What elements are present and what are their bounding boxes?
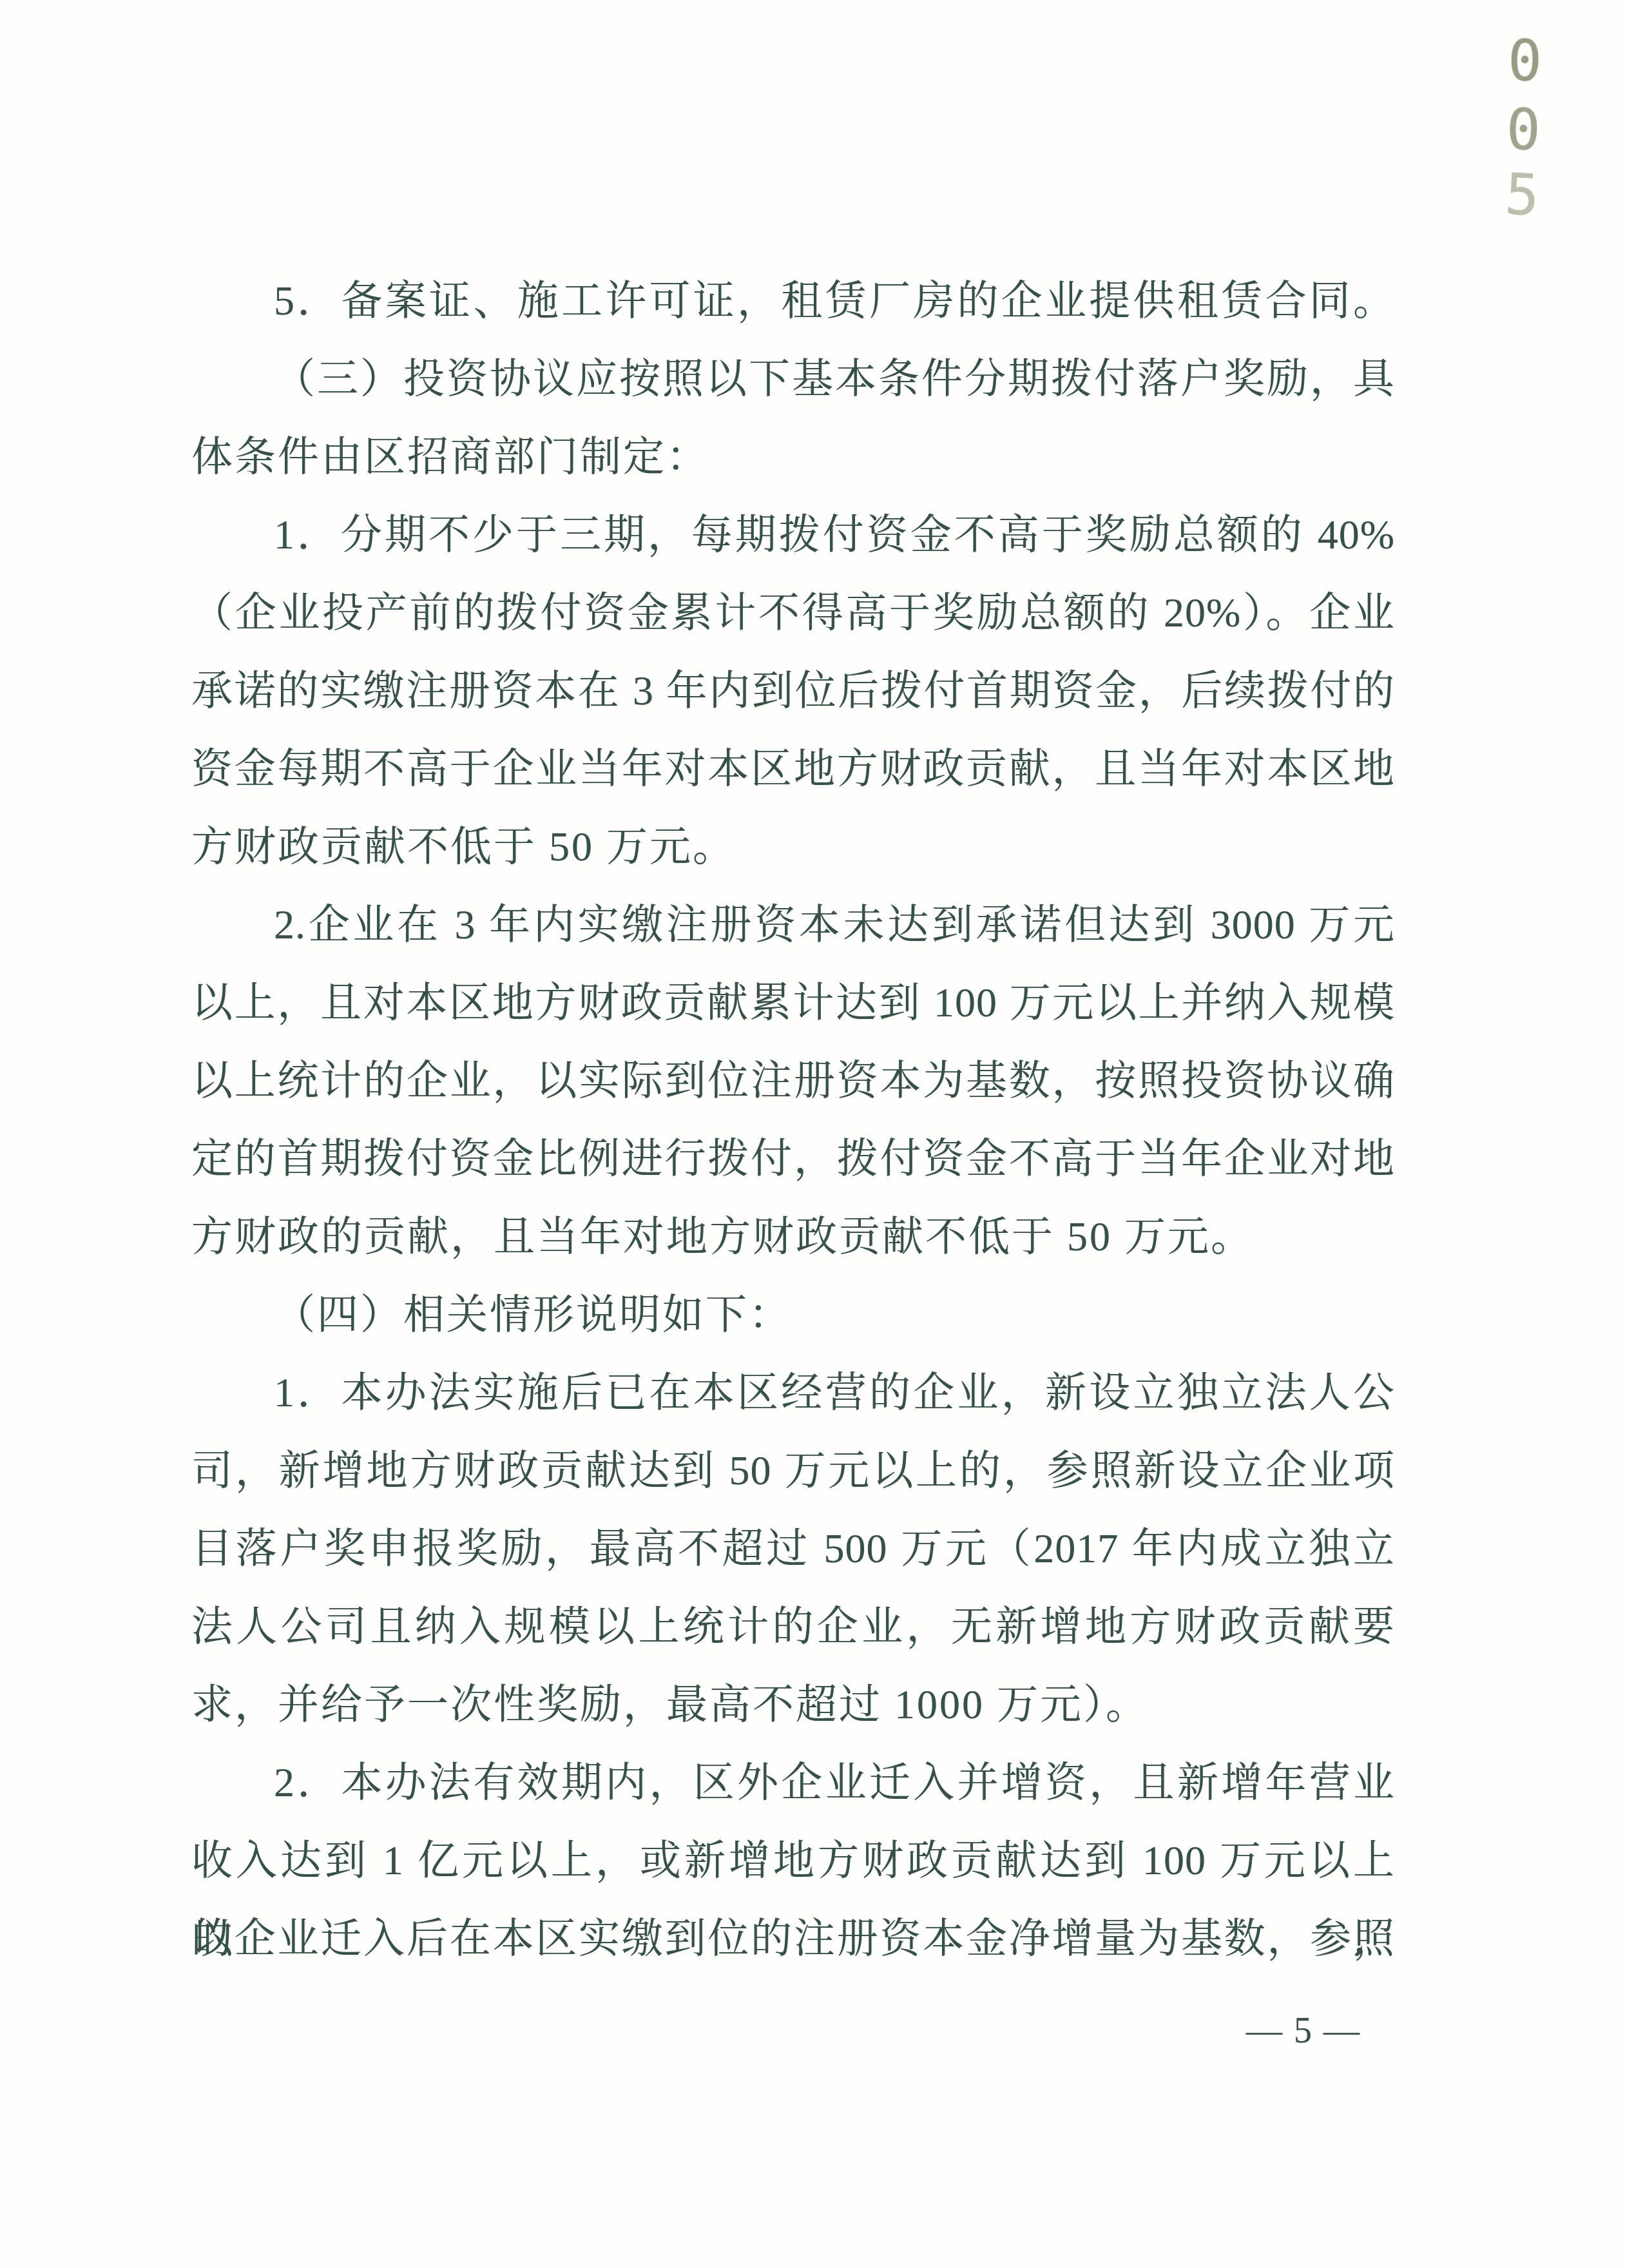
document-page: 0 0 5 5．备案证、施工许可证，租赁厂房的企业提供租赁合同。 （三）投资协议… xyxy=(0,0,1625,2268)
text-line: 方财政贡献不低于 50 万元。 xyxy=(191,808,1395,886)
text-line: 定的首期拨付资金比例进行拨付，拨付资金不高于当年企业对地 xyxy=(191,1119,1395,1197)
text-line: 体条件由区招商部门制定： xyxy=(191,418,1395,496)
text-line: 以企业迁入后在本区实缴到位的注册资本金净增量为基数，参照 xyxy=(191,1899,1395,1977)
text-line: 2.企业在 3 年内实缴注册资本未达到承诺但达到 3000 万元 xyxy=(191,886,1395,964)
stamp-digit: 0 xyxy=(1507,27,1549,94)
stamp-digit: 0 xyxy=(1506,96,1548,163)
text-line: 资金每期不高于企业当年对本区地方财政贡献，且当年对本区地 xyxy=(191,730,1395,808)
text-line: 目落户奖申报奖励，最高不超过 500 万元（2017 年内成立独立 xyxy=(191,1509,1395,1587)
text-line: 法人公司且纳入规模以上统计的企业，无新增地方财政贡献要 xyxy=(191,1587,1395,1665)
text-line: （三）投资协议应按照以下基本条件分期拨付落户奖励，具 xyxy=(191,340,1395,418)
text-line: 司，新增地方财政贡献达到 50 万元以上的，参照新设立企业项 xyxy=(191,1431,1395,1509)
text-line: 求，并给予一次性奖励，最高不超过 1000 万元）。 xyxy=(191,1665,1395,1743)
text-line: 收入达到 1 亿元以上，或新增地方财政贡献达到 100 万元以上的， xyxy=(191,1821,1395,1899)
text-line: 承诺的实缴注册资本在 3 年内到位后拨付首期资金，后续拨付的 xyxy=(191,652,1395,730)
stamp-digit: 5 xyxy=(1503,160,1548,229)
text-line: （企业投产前的拨付资金累计不得高于奖励总额的 20%）。企业 xyxy=(191,574,1395,652)
document-body: 5．备案证、施工许可证，租赁厂房的企业提供租赁合同。 （三）投资协议应按照以下基… xyxy=(191,262,1395,1977)
stamped-page-number: 0 0 5 xyxy=(1505,27,1625,229)
text-line: 方财政的贡献，且当年对地方财政贡献不低于 50 万元。 xyxy=(191,1197,1395,1275)
text-line: （四）相关情形说明如下： xyxy=(191,1275,1395,1353)
text-line: 1．分期不少于三期，每期拨付资金不高于奖励总额的 40% xyxy=(191,496,1395,574)
text-line: 2．本办法有效期内，区外企业迁入并增资，且新增年营业 xyxy=(191,1743,1395,1821)
text-line: 5．备案证、施工许可证，租赁厂房的企业提供租赁合同。 xyxy=(191,262,1395,340)
footer-page-number: — 5 — xyxy=(1236,2008,1371,2053)
text-line: 以上统计的企业，以实际到位注册资本为基数，按照投资协议确 xyxy=(191,1042,1395,1119)
text-line: 以上，且对本区地方财政贡献累计达到 100 万元以上并纳入规模 xyxy=(191,964,1395,1042)
text-line: 1．本办法实施后已在本区经营的企业，新设立独立法人公 xyxy=(191,1353,1395,1431)
